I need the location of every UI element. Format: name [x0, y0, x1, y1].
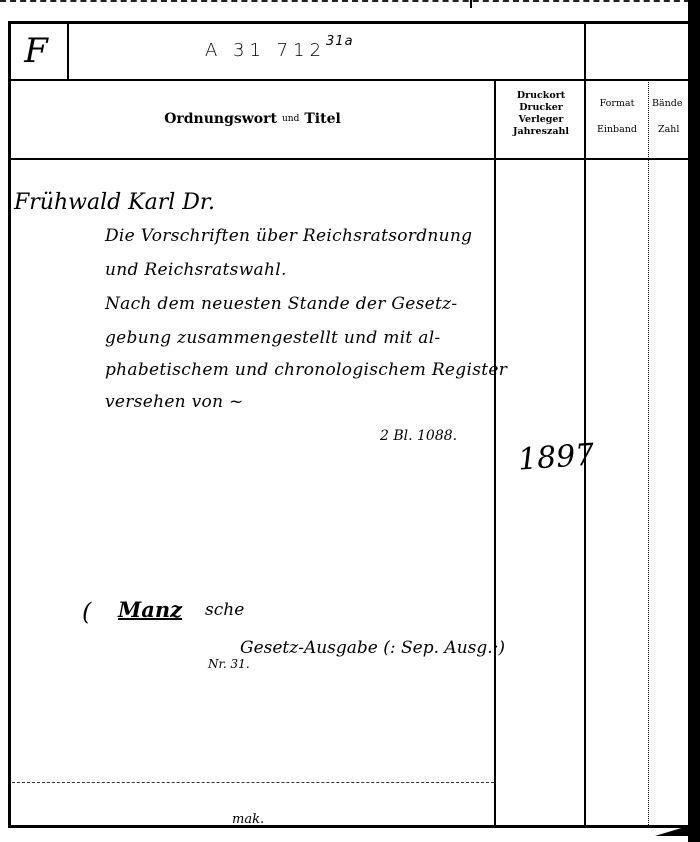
- header-drucker: Drucker: [497, 102, 585, 114]
- divider: [648, 80, 649, 825]
- header-zahl: Zahl: [646, 124, 700, 135]
- divider: [12, 782, 494, 783]
- header-ordnungswort: Ordnungswort: [164, 111, 277, 127]
- series-number: Nr. 31.: [208, 657, 250, 671]
- entry-title-line: gebung zusammengestellt und mit al-: [105, 328, 440, 348]
- scan-mark: [470, 0, 472, 8]
- header-jahreszahl: Jahreszahl: [497, 126, 585, 138]
- call-number-suffix: 31a: [326, 34, 354, 49]
- header-verleger: Verleger: [497, 114, 585, 126]
- entry-title-line: versehen von ~: [105, 392, 244, 412]
- entry-author: Frühwald Karl Dr.: [14, 190, 215, 215]
- divider: [67, 22, 69, 80]
- series-name-suffix: sche: [205, 600, 244, 620]
- entry-year: 1897: [517, 437, 596, 477]
- entry-collation: 2 Bl. 1088.: [380, 428, 457, 444]
- entry-title-line: Nach dem neuesten Stande der Gesetz-: [105, 294, 457, 314]
- header-und: und: [282, 114, 299, 124]
- header-titel: Titel: [304, 111, 340, 127]
- column-header-druckort: Druckort Drucker Verleger Jahreszahl: [497, 90, 585, 138]
- header-baende: Bände: [646, 98, 700, 109]
- series-name: Manz: [118, 597, 182, 622]
- series-subtitle: Gesetz-Ausgabe (: Sep. Ausg.:): [240, 638, 505, 658]
- scan-top-edge: [0, 0, 700, 4]
- series-open-paren: (: [82, 598, 91, 626]
- divider: [9, 158, 688, 160]
- header-einband: Einband: [586, 124, 648, 135]
- entry-title-line: phabetischem und chronologischem Registe…: [105, 360, 507, 380]
- divider: [494, 80, 496, 828]
- entry-title-line: und Reichsratswahl.: [105, 260, 287, 280]
- divider: [584, 22, 586, 828]
- footnote-mark: mak.: [232, 812, 264, 827]
- signature-letter: F: [16, 28, 56, 74]
- call-number: A 31 71231a: [205, 38, 354, 61]
- entry-title-line: Die Vorschriften über Reichsratsordnung: [105, 226, 472, 246]
- column-header-title: Ordnungswort und Titel: [10, 80, 495, 158]
- call-number-main: A 31 712: [205, 40, 326, 61]
- header-format: Format: [586, 98, 648, 109]
- header-druckort: Druckort: [497, 90, 585, 102]
